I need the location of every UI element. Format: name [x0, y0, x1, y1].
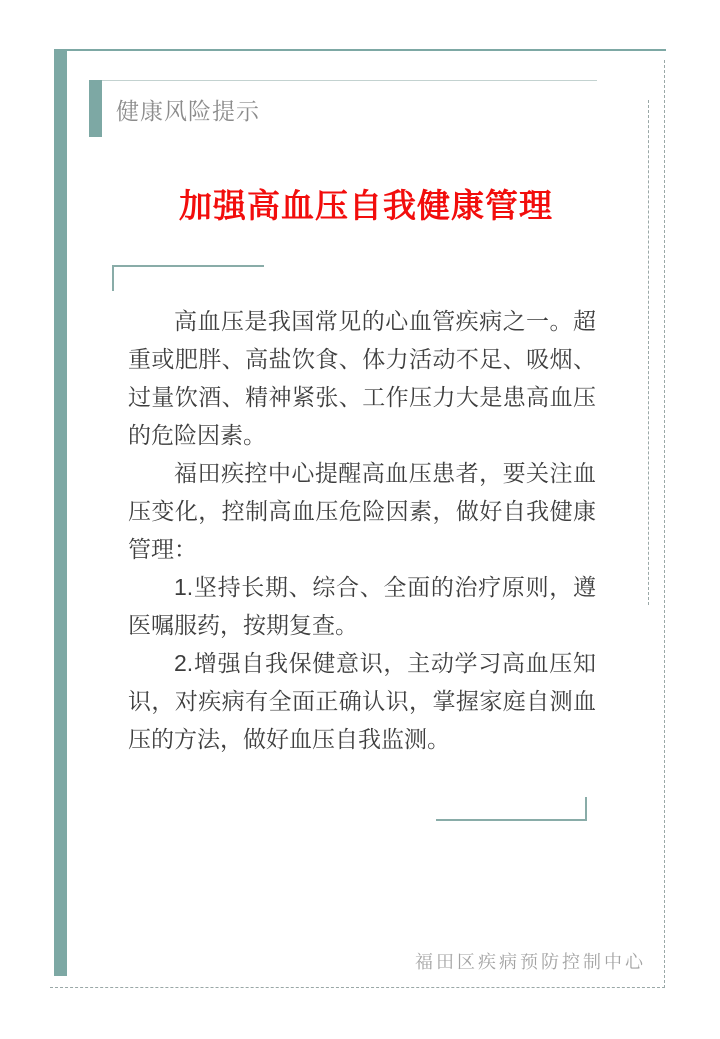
left-accent-bar [54, 49, 67, 976]
body-text: 高血压是我国常见的心血管疾病之一。超重或肥胖、高盐饮食、体力活动不足、吸烟、过量… [128, 302, 596, 758]
health-notice-page: 健康风险提示 加强高血压自我健康管理 高血压是我国常见的心血管疾病之一。超重或肥… [0, 0, 720, 1039]
header-label: 健康风险提示 [116, 93, 260, 126]
right-dashed-guide-inner [648, 100, 649, 605]
top-left-corner-bracket [112, 265, 264, 291]
footer-organization: 福田区疾病预防控制中心 [300, 948, 646, 974]
header-accent-bar [89, 80, 102, 137]
header-divider-line [102, 80, 597, 81]
page-title: 加强高血压自我健康管理 [67, 180, 665, 227]
top-accent-line [67, 49, 666, 51]
paragraph-risk-factors: 高血压是我国常见的心血管疾病之一。超重或肥胖、高盐饮食、体力活动不足、吸烟、过量… [128, 302, 596, 454]
paragraph-reminder: 福田疾控中心提醒高血压患者，要关注血压变化，控制高血压危险因素，做好自我健康管理… [128, 454, 596, 568]
paragraph-advice-1: 1.坚持长期、综合、全面的治疗原则，遵医嘱服药，按期复查。 [128, 568, 596, 644]
bottom-dashed-guide [50, 987, 665, 988]
paragraph-advice-2: 2.增强自我保健意识，主动学习高血压知识，对疾病有全面正确认识，掌握家庭自测血压… [128, 644, 596, 758]
bottom-right-corner-bracket [436, 797, 587, 821]
